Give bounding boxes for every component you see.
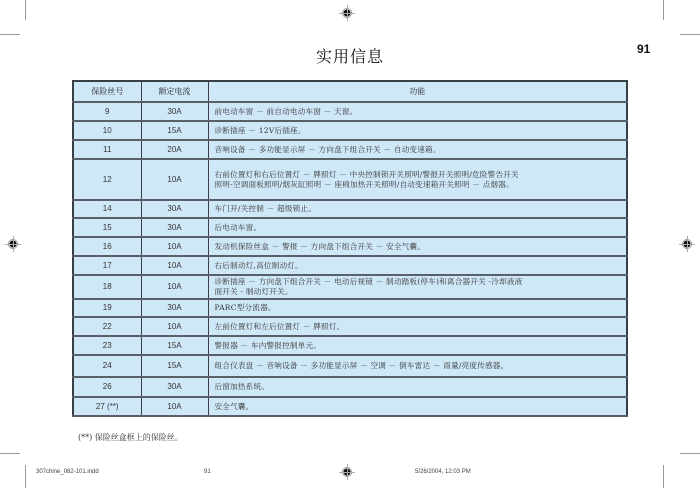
crop-mark: [0, 34, 20, 35]
table-row: 18 10A 诊断插座 － 方向盘下组合开关 － 电动后视镜 － 制动踏板(停车…: [73, 275, 627, 299]
fuse-function: 警报器 － 车内警报控制单元。: [208, 336, 627, 355]
fuse-number: 10: [73, 121, 141, 140]
table-row: 11 20A 音响设备 － 多功能显示屏 － 方向盘下组合开关 － 自动变速箱。: [73, 140, 627, 159]
slug-timestamp: 5/26/2004, 12:03 PM: [415, 469, 471, 475]
fuse-number: 15: [73, 218, 141, 237]
table-row: 17 10A 右后制动灯,高位制动灯。: [73, 256, 627, 275]
crop-mark: [663, 0, 664, 20]
slug-filename: 307chine_082-101.indd: [36, 469, 99, 475]
table-row: 14 30A 车门开/关控制 － 超级锁止。: [73, 200, 627, 218]
fuse-number: 18: [73, 275, 141, 299]
fuse-rating: 20A: [141, 140, 208, 159]
table-row: 23 15A 警报器 － 车内警报控制单元。: [73, 336, 627, 355]
fuse-number: 16: [73, 237, 141, 256]
fuse-function: PARC型分流器。: [208, 299, 627, 317]
fuse-function: 组合仪表盘 － 音响设备 － 多功能显示屏 － 空调 － 倒车雷达 － 雨量/亮…: [208, 355, 627, 377]
fuse-rating: 15A: [141, 121, 208, 140]
fuse-function: 右前位置灯和右后位置灯 － 牌照灯 － 中央控制锁开关照明/警报开关照明/危险警…: [208, 159, 627, 200]
registration-mark-icon: [7, 238, 19, 250]
crop-mark: [680, 453, 700, 454]
table-row: 19 30A PARC型分流器。: [73, 299, 627, 317]
table-row: 15 30A 后电动车窗。: [73, 218, 627, 237]
footnote: (**) 保险丝盒框上的保险丝。: [78, 432, 183, 443]
page-number: 91: [637, 42, 650, 56]
table-row: 12 10A 右前位置灯和右后位置灯 － 牌照灯 － 中央控制锁开关照明/警报开…: [73, 159, 627, 200]
table-row: 9 30A 前电动车窗 － 前自动电动车窗 － 天窗。: [73, 102, 627, 121]
fuse-function: 左前位置灯和左后位置灯 － 牌照灯。: [208, 317, 627, 336]
fuse-function: 前电动车窗 － 前自动电动车窗 － 天窗。: [208, 102, 627, 121]
table-row: 24 15A 组合仪表盘 － 音响设备 － 多功能显示屏 － 空调 － 倒车雷达…: [73, 355, 627, 377]
fuse-number: 27 (**): [73, 397, 141, 416]
table-row: 16 10A 发动机保险丝盒 － 警报 － 方向盘下组合开关 － 安全气囊。: [73, 237, 627, 256]
column-header-fuse-number: 保险丝号: [73, 81, 141, 102]
fuse-rating: 15A: [141, 336, 208, 355]
crop-mark: [25, 0, 26, 20]
fuse-number: 12: [73, 159, 141, 200]
table-row: 26 30A 后窗加热系统。: [73, 377, 627, 397]
table-row: 10 15A 诊断插座 － 12V后插座。: [73, 121, 627, 140]
fuse-number: 9: [73, 102, 141, 121]
fuse-function: 音响设备 － 多功能显示屏 － 方向盘下组合开关 － 自动变速箱。: [208, 140, 627, 159]
fuse-rating: 10A: [141, 275, 208, 299]
slug-page: 91: [204, 469, 211, 475]
fuse-function: 安全气囊。: [208, 397, 627, 416]
fuse-rating: 15A: [141, 355, 208, 377]
fuse-number: 14: [73, 200, 141, 218]
column-header-rating: 额定电流: [141, 81, 208, 102]
fuse-function: 后电动车窗。: [208, 218, 627, 237]
fuse-function: 发动机保险丝盒 － 警报 － 方向盘下组合开关 － 安全气囊。: [208, 237, 627, 256]
fuse-number: 19: [73, 299, 141, 317]
fuse-rating: 10A: [141, 317, 208, 336]
fuse-rating: 30A: [141, 200, 208, 218]
table-row: 27 (**) 10A 安全气囊。: [73, 397, 627, 416]
fuse-table: 保险丝号 额定电流 功能 9 30A 前电动车窗 － 前自动电动车窗 － 天窗。…: [72, 80, 628, 417]
fuse-function-line: 右前位置灯和右后位置灯 － 牌照灯 － 中央控制锁开关照明/警报开关照明/危险警…: [215, 170, 621, 180]
fuse-function-line: 诊断插座 － 方向盘下组合开关 － 电动后视镜 － 制动踏板(停车)和离合器开关…: [215, 277, 621, 287]
crop-mark: [0, 453, 20, 454]
fuse-function: 诊断插座 － 12V后插座。: [208, 121, 627, 140]
table-row: 22 10A 左前位置灯和左后位置灯 － 牌照灯。: [73, 317, 627, 336]
fuse-rating: 30A: [141, 218, 208, 237]
fuse-number: 23: [73, 336, 141, 355]
registration-mark-icon: [681, 238, 693, 250]
fuse-number: 26: [73, 377, 141, 397]
fuse-number: 17: [73, 256, 141, 275]
fuse-function: 车门开/关控制 － 超级锁止。: [208, 200, 627, 218]
crop-mark: [25, 465, 26, 488]
table-header-row: 保险丝号 额定电流 功能: [73, 81, 627, 102]
fuse-rating: 10A: [141, 256, 208, 275]
registration-mark-icon: [341, 466, 353, 478]
registration-mark-icon: [341, 7, 353, 19]
fuse-rating: 30A: [141, 102, 208, 121]
fuse-rating: 30A: [141, 299, 208, 317]
fuse-rating: 10A: [141, 397, 208, 416]
fuse-number: 24: [73, 355, 141, 377]
fuse-number: 11: [73, 140, 141, 159]
fuse-rating: 10A: [141, 159, 208, 200]
fuse-function: 后窗加热系统。: [208, 377, 627, 397]
fuse-function-line: 照明-空调面板照明/烟灰缸照明 － 座椅加热开关照明/自动变速箱开关照明 － 点…: [215, 180, 621, 190]
crop-mark: [680, 34, 700, 35]
page-title: 实用信息: [0, 44, 700, 67]
fuse-function-line: 面开关 - 制动灯开关。: [215, 287, 621, 297]
fuse-function: 诊断插座 － 方向盘下组合开关 － 电动后视镜 － 制动踏板(停车)和离合器开关…: [208, 275, 627, 299]
crop-mark: [663, 465, 664, 488]
fuse-function: 右后制动灯,高位制动灯。: [208, 256, 627, 275]
fuse-rating: 30A: [141, 377, 208, 397]
fuse-rating: 10A: [141, 237, 208, 256]
fuse-number: 22: [73, 317, 141, 336]
column-header-function: 功能: [208, 81, 627, 102]
